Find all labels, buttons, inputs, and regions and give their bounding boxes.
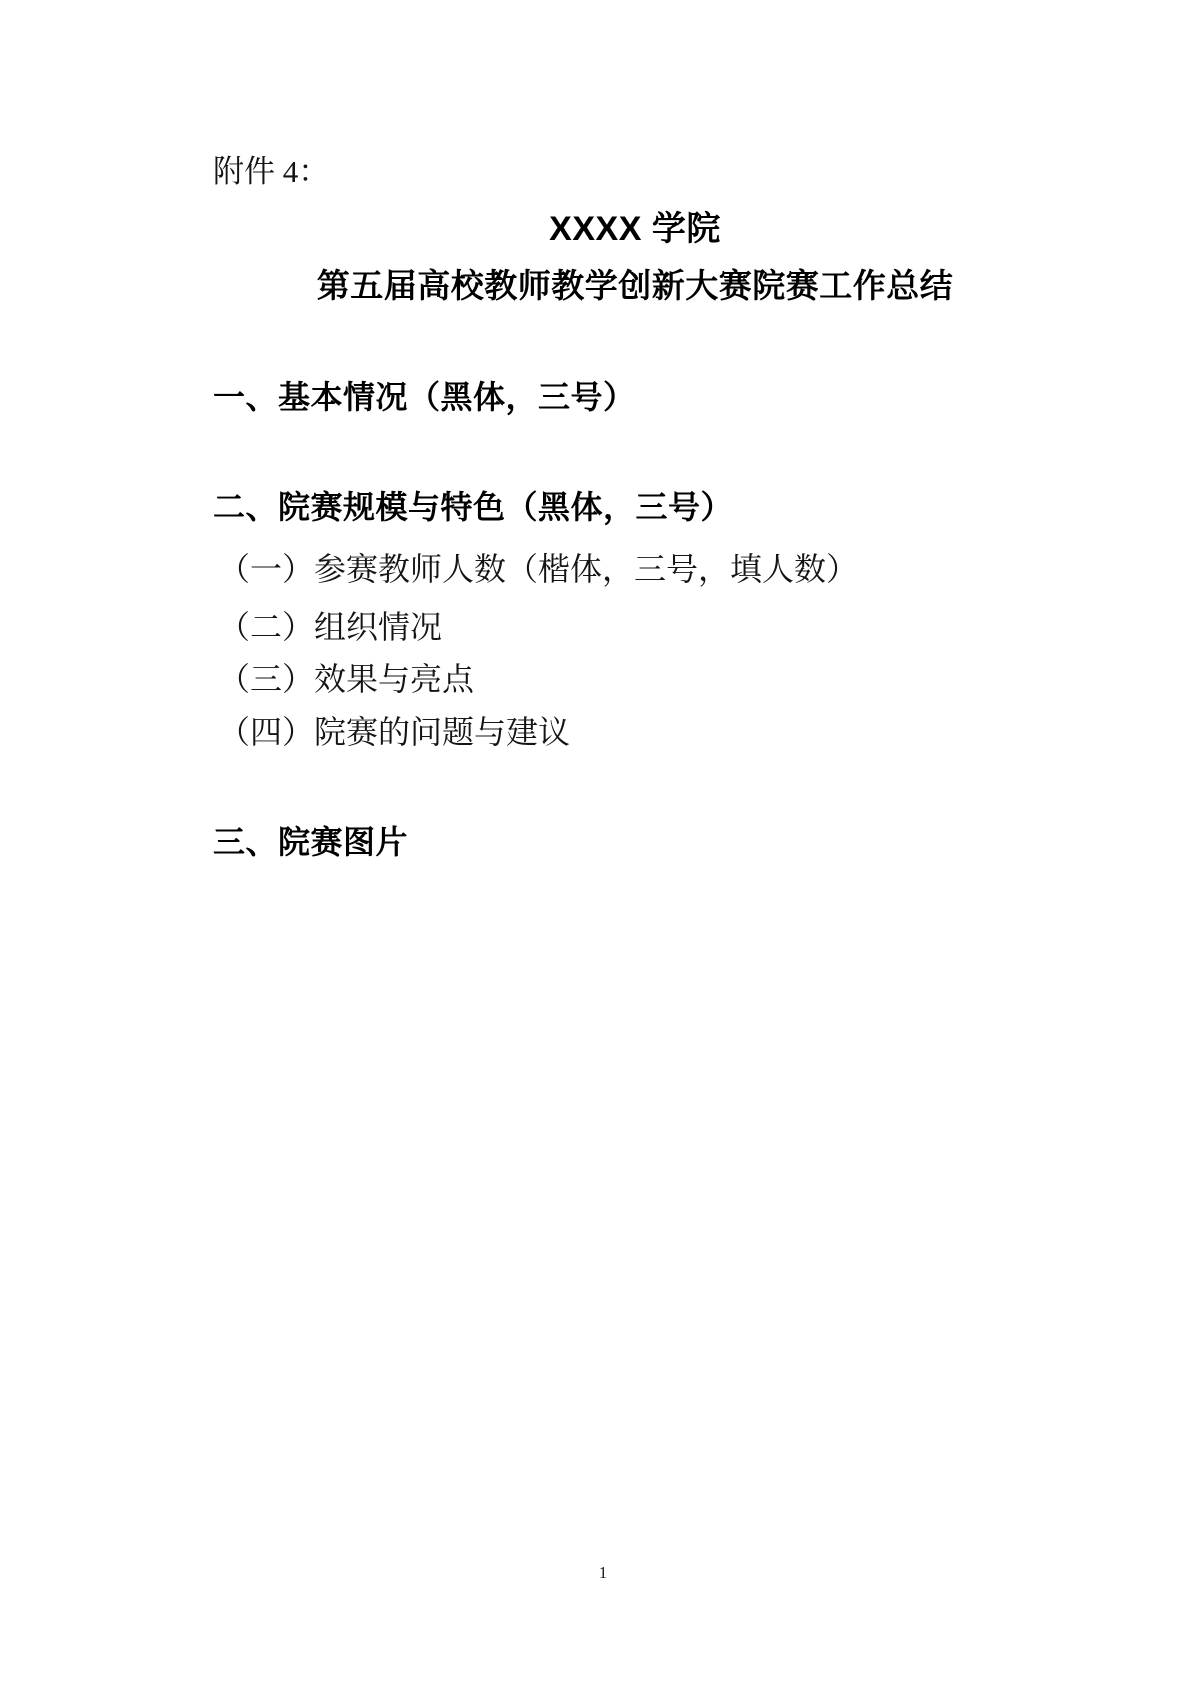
section-heading-3-photos: 三、院赛图片 — [213, 824, 408, 861]
page-number: 1 — [0, 1564, 1190, 1581]
section-heading-2-scale-features: 二、院赛规模与特色（黑体，三号） — [213, 489, 733, 526]
document-page: 附件 4： XXXX 学院 第五届高校教师教学创新大赛院赛工作总结 一、基本情况… — [0, 0, 1190, 1684]
subsection-2-organization: （二）组织情况 — [218, 609, 442, 646]
subsection-4-problems-suggestions: （四）院赛的问题与建议 — [218, 714, 570, 751]
section-heading-1-basic-info: 一、基本情况（黑体，三号） — [213, 379, 636, 416]
document-title-line1: XXXX 学院 — [0, 210, 1190, 249]
subsection-3-effects-highlights: （三）效果与亮点 — [218, 661, 474, 698]
attachment-label: 附件 4： — [213, 154, 329, 190]
subsection-1-participant-count: （一）参赛教师人数（楷体，三号，填人数） — [218, 551, 858, 588]
document-title-line2: 第五届高校教师教学创新大赛院赛工作总结 — [0, 267, 1190, 305]
